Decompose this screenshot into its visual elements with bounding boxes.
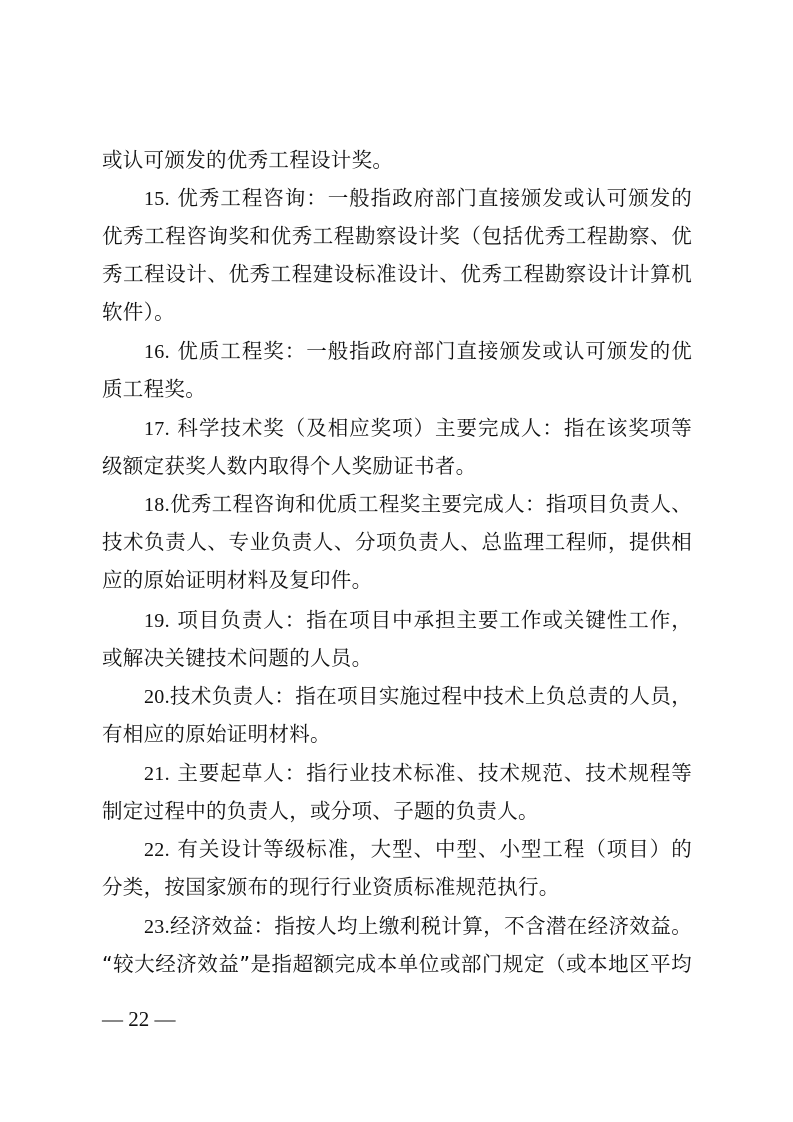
text-line: 技术负责人、专业负责人、分项负责人、总监理工程师，提供相 — [102, 528, 692, 556]
text-line: 或认可颁发的优秀工程设计奖。 — [102, 146, 692, 174]
text-line: 软件）。 — [102, 298, 692, 326]
text-line: 应的原始证明材料及复印件。 — [102, 566, 692, 594]
text-line: 质工程奖。 — [102, 375, 692, 403]
text-line: 有相应的原始证明材料。 — [102, 720, 692, 748]
list-item-19: 19. 项目负责人：指在项目中承担主要工作或关键性工作， — [144, 606, 692, 634]
list-item-15: 15. 优秀工程咨询：一般指政府部门直接颁发或认可颁发的 — [144, 184, 692, 212]
text-line: “较大经济效益”是指超额完成本单位或部门规定（或本地区平均 — [102, 950, 692, 978]
page-number: — 22 — — [102, 1006, 176, 1032]
text-line: 级额定获奖人数内取得个人奖励证书者。 — [102, 452, 692, 480]
list-item-20: 20.技术负责人：指在项目实施过程中技术上负总责的人员， — [144, 682, 692, 710]
text-line: 制定过程中的负责人，或分项、子题的负责人。 — [102, 797, 692, 825]
list-item-16: 16. 优质工程奖：一般指政府部门直接颁发或认可颁发的优 — [144, 337, 692, 365]
text-line: 优秀工程咨询奖和优秀工程勘察设计奖（包括优秀工程勘察、优 — [102, 222, 692, 250]
list-item-21: 21. 主要起草人：指行业技术标准、技术规范、技术规程等 — [144, 759, 692, 787]
list-item-18: 18.优秀工程咨询和优质工程奖主要完成人：指项目负责人、 — [144, 490, 692, 518]
text-line: 或解决关键技术问题的人员。 — [102, 644, 692, 672]
text-line: 分类，按国家颁布的现行行业资质标准规范执行。 — [102, 873, 692, 901]
list-item-22: 22. 有关设计等级标准，大型、中型、小型工程（项目）的 — [144, 835, 692, 863]
list-item-17: 17. 科学技术奖（及相应奖项）主要完成人：指在该奖项等 — [144, 414, 692, 442]
text-line: 秀工程设计、优秀工程建设标准设计、优秀工程勘察设计计算机 — [102, 260, 692, 288]
list-item-23: 23.经济效益：指按人均上缴利税计算，不含潜在经济效益。 — [144, 912, 692, 940]
document-page: 或认可颁发的优秀工程设计奖。 15. 优秀工程咨询：一般指政府部门直接颁发或认可… — [0, 0, 793, 1122]
